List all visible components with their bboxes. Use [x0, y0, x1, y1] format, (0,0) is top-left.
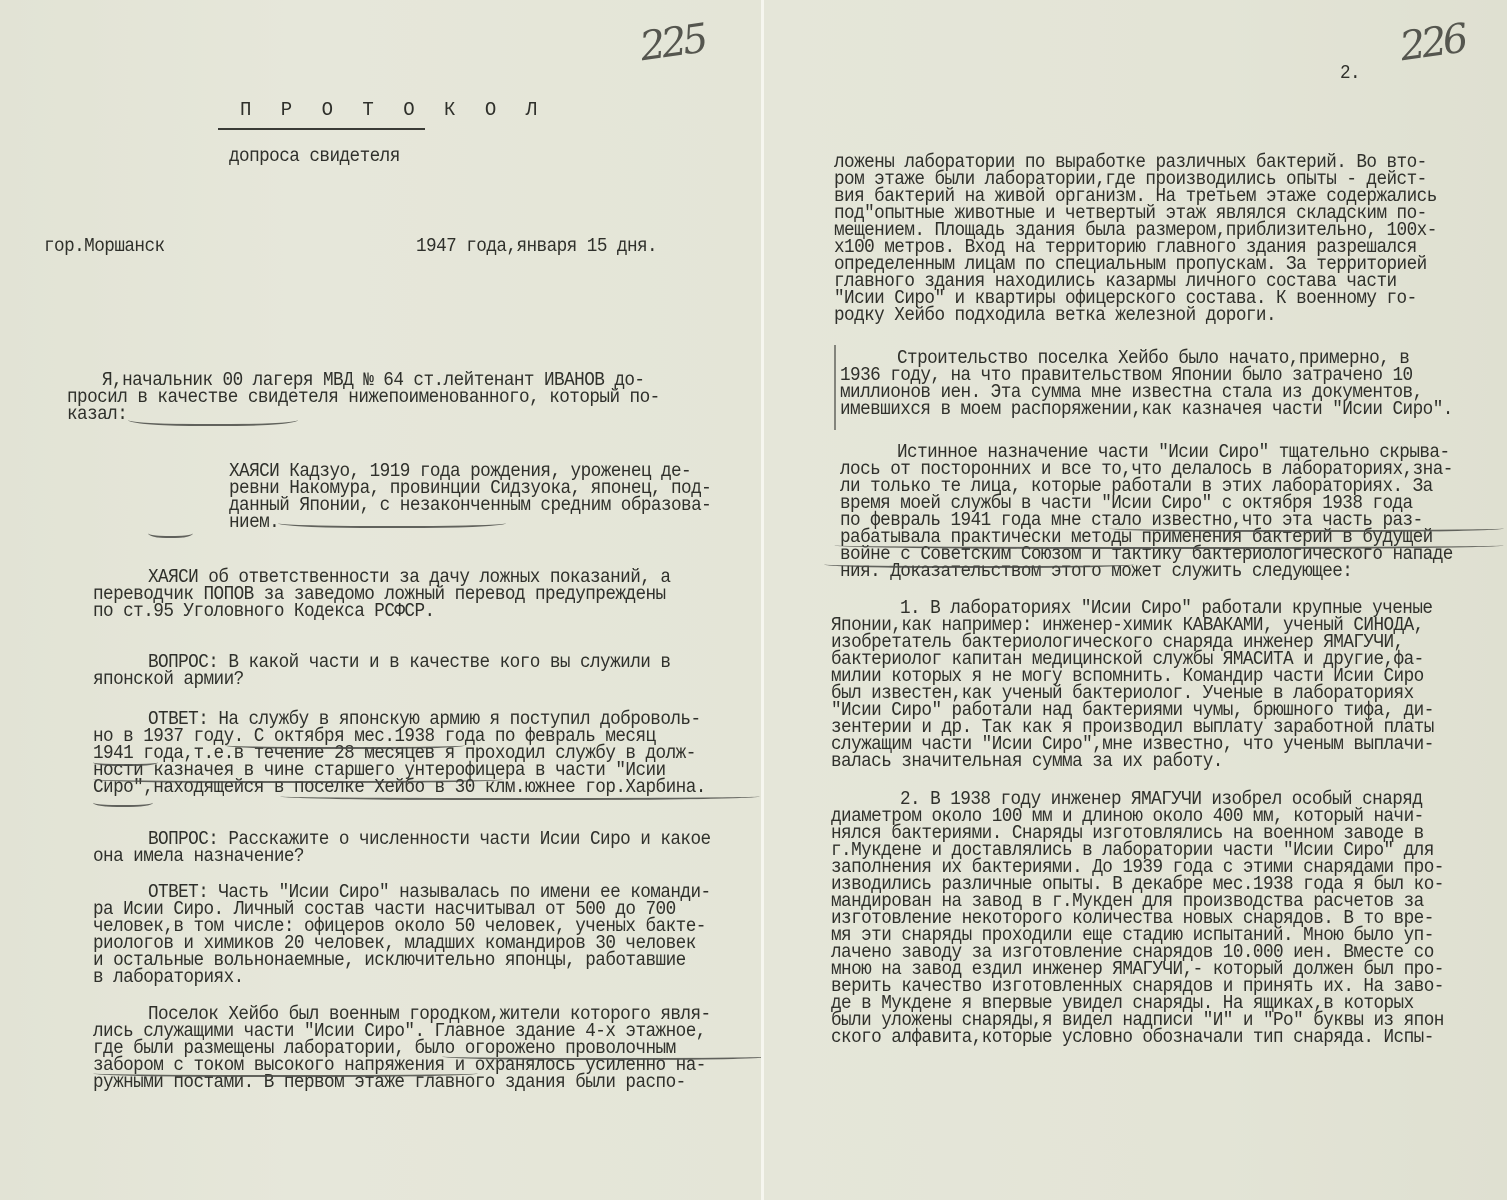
pencil-underline [128, 416, 298, 426]
pencil-underline [93, 760, 158, 766]
record-date: 1947 года,января 15 дня. [416, 237, 657, 256]
text-line: родку Хейбо подходила ветка железной дор… [834, 306, 1276, 325]
pencil-underline [442, 1054, 772, 1060]
text-line: валась значительная сумма за их работу. [831, 752, 1223, 771]
pencil-underline [93, 1071, 478, 1077]
text-line: японской армии? [93, 670, 244, 689]
text-line: ского алфавита,которые условно обозначал… [831, 1028, 1434, 1047]
document-title: П Р О Т О К О Л [240, 101, 546, 120]
pencil-underline [834, 543, 1504, 549]
margin-bracket-mark [834, 345, 836, 430]
archive-folio-number: 225 [637, 16, 707, 71]
pencil-underline [280, 794, 760, 800]
pencil-underline [93, 800, 153, 807]
title-underline [218, 128, 425, 130]
text-line: в лабораториях. [93, 968, 244, 987]
document-subtitle: допроса свидетеля [229, 147, 400, 166]
pencil-underline [278, 520, 506, 528]
pencil-underline [225, 743, 465, 749]
pencil-underline [148, 530, 193, 538]
text-line: казал: [67, 405, 127, 424]
archive-folio-number: 226 [1397, 16, 1467, 71]
text-line: данный Японии, с незаконченным средним о… [229, 496, 711, 515]
text-line: нием. [229, 513, 279, 532]
pencil-underline [93, 777, 503, 783]
text-line: имевшихся в моем распоряжении,как казнач… [840, 400, 1453, 419]
pencil-underline [824, 562, 1134, 568]
document-page-left: 225 П Р О Т О К О Л допроса свидетеля го… [0, 0, 761, 1200]
text-line: просил в качестве свидетеля нижепоименов… [67, 388, 660, 407]
pencil-underline [1109, 526, 1504, 532]
document-page-right: 226 2. ложены лаборатории по выработке р… [764, 0, 1507, 1200]
text-line: по ст.95 Уголовного Кодекса РСФСР. [93, 602, 435, 621]
page-number: 2. [1340, 64, 1360, 83]
place-of-record: гор.Моршанск [44, 237, 165, 256]
text-line: она имела назначение? [93, 847, 304, 866]
